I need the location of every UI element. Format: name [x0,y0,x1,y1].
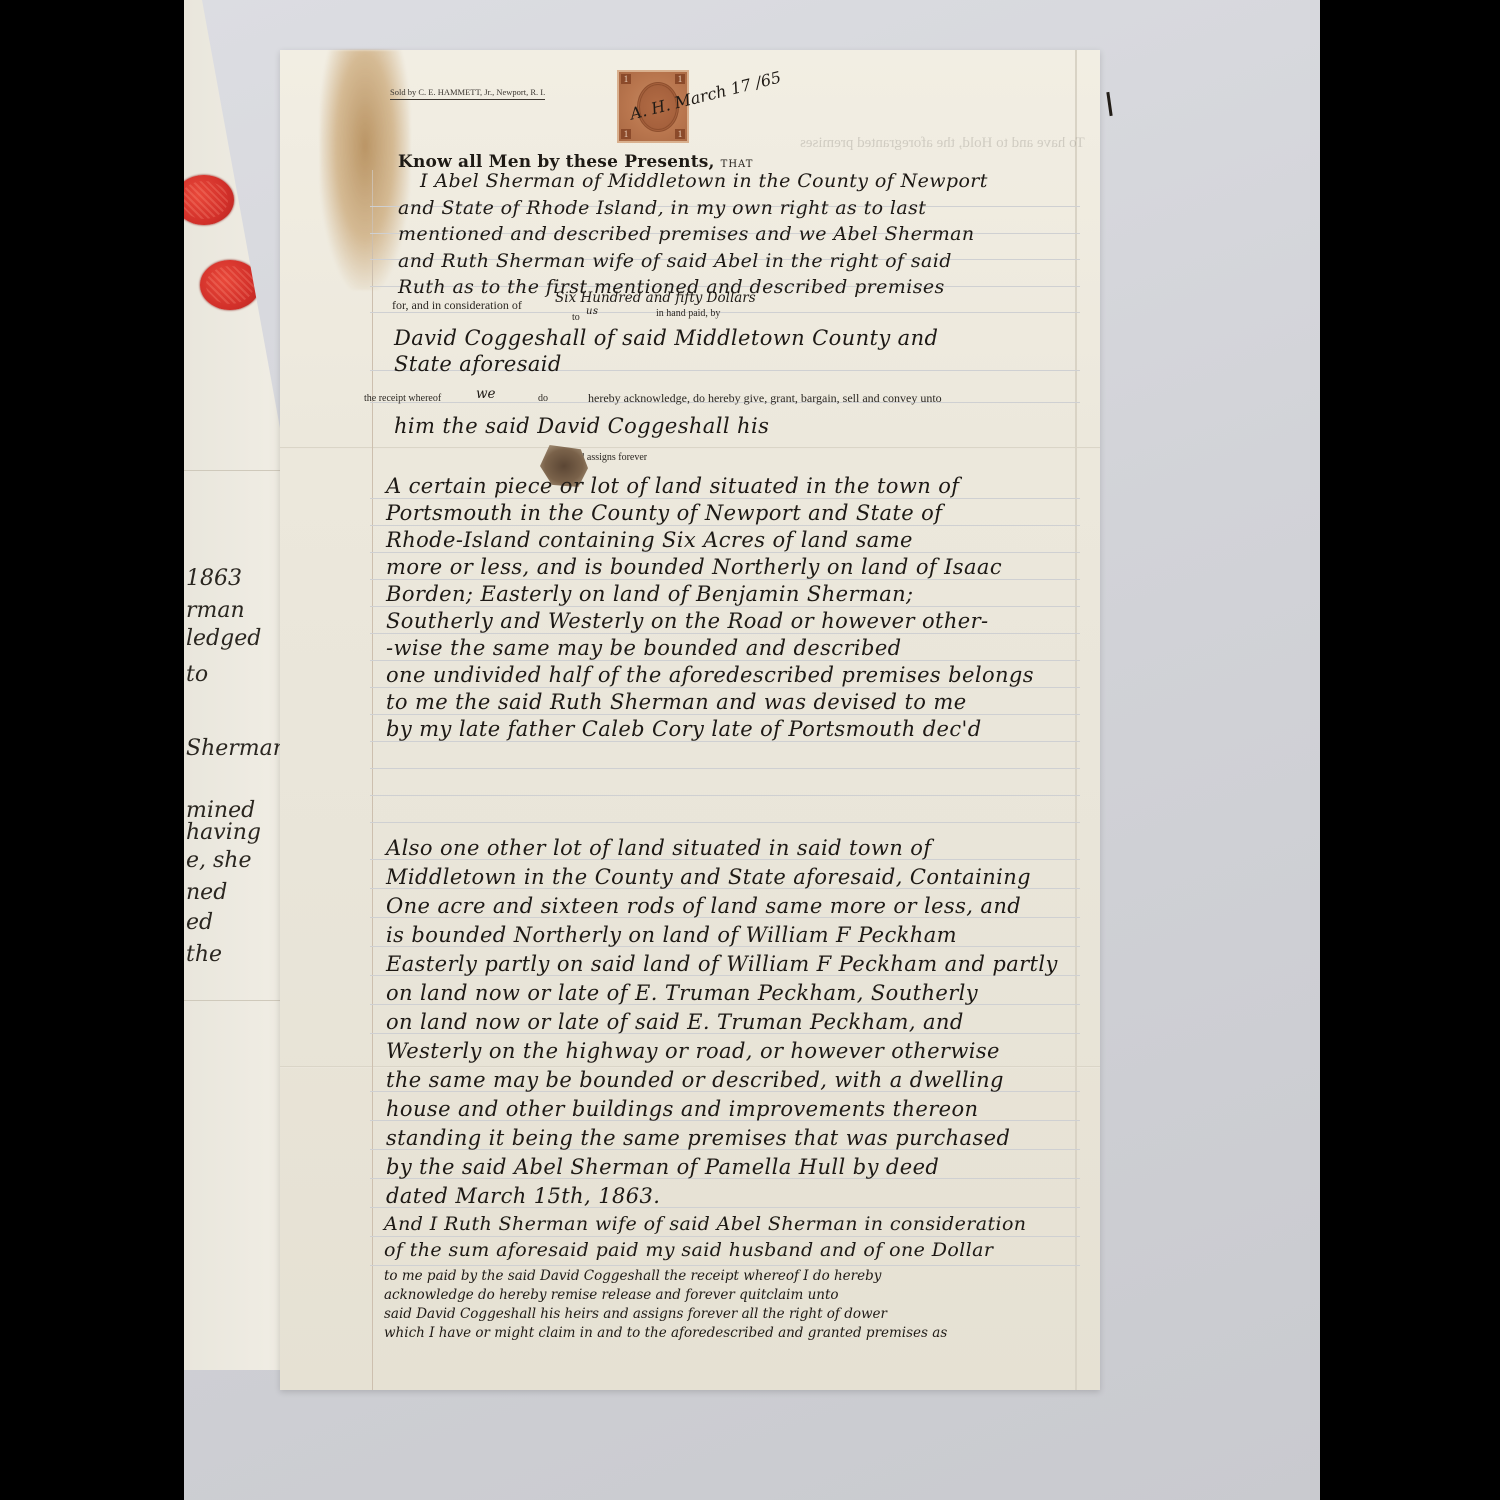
printed-to: to [572,312,580,323]
parcel-two-line: house and other buildings and improvemen… [386,1097,978,1121]
parcel-two-line: is bounded Northerly on land of William … [386,923,957,947]
bleed-through-text: To have and to Hold, the aforegranted pr… [800,135,1085,152]
ink-mark [1106,92,1112,116]
handwritten-we: we [476,386,496,402]
dower-release-line: And I Ruth Sherman wife of said Abel She… [384,1213,1026,1235]
dower-release-line: acknowledge do hereby remise release and… [384,1287,839,1303]
stamp-denomination: 1 [621,129,631,139]
parcel-two-line: Also one other lot of land situated in s… [386,836,932,860]
fold-crease [280,447,1100,449]
parcel-one-line: Portsmouth in the County of Newport and … [386,501,942,525]
left-page-word: rman [186,598,245,623]
parcel-one-line: more or less, and is bounded Northerly o… [386,555,1002,579]
heading-text: Know all Men by these Presents, [398,152,715,172]
left-page-word: 1863 [186,566,242,591]
parcel-one-line: Rhode-Island containing Six Acres of lan… [386,528,913,552]
parcel-one-line: one undivided half of the aforedescribed… [386,663,1034,687]
left-page-word: to [186,662,208,687]
deed-sheet: Sold by C. E. HAMMETT, Jr., Newport, R. … [280,50,1100,1390]
parcel-one-line: A certain piece or lot of land situated … [386,474,959,498]
letterbox-left [0,0,184,1500]
grantor-line: mentioned and described premises and we … [398,223,975,245]
handwritten-us: us [586,306,598,317]
parcel-two-line: Westerly on the highway or road, or howe… [386,1039,1000,1063]
printer-imprint: Sold by C. E. HAMMETT, Jr., Newport, R. … [390,87,545,100]
fold-crease [1075,50,1077,1390]
dower-release-line: to me paid by the said David Coggeshall … [384,1268,881,1284]
left-page-word: ned [186,880,227,905]
left-page-word: Sherman [186,736,287,761]
left-page-word: having [186,820,261,845]
printed-paid-by: in hand paid, by [656,308,720,319]
left-page-word: e, she [186,848,251,873]
parcel-two-line: Middletown in the County and State afore… [386,865,1031,889]
parcel-two-line: dated March 15th, 1863. [386,1184,660,1208]
letterbox-right [1320,0,1500,1500]
red-wax-seal-icon [200,260,260,310]
left-page-word: ledged [186,626,261,651]
parcel-one-line: -wise the same may be bounded and descri… [386,636,902,660]
parcel-two-line: the same may be bounded or described, wi… [386,1068,1004,1092]
grantor-line: and Ruth Sherman wife of said Abel in th… [398,250,952,272]
parcel-two-line: by the said Abel Sherman of Pamella Hull… [386,1155,939,1179]
stamp-denomination: 1 [621,74,631,84]
left-page-word: ed [186,910,213,935]
printed-consideration: for, and in consideration of [392,298,522,313]
stamp-denomination: 1 [675,74,685,84]
deed-photograph: 1863 rman ledged to Sherman mined having… [184,0,1320,1500]
dower-release-line: which I have or might claim in and to th… [384,1325,947,1341]
water-stain [320,50,410,290]
parcel-one-line: to me the said Ruth Sherman and was devi… [386,690,967,714]
grantor-line: and State of Rhode Island, in my own rig… [398,197,926,219]
parcel-two-line: on land now or late of E. Truman Peckham… [386,981,978,1005]
deed-heading: Know all Men by these Presents,THAT [398,152,753,172]
parcel-one-line: Borden; Easterly on land of Benjamin She… [386,582,914,606]
dower-release-line: said David Coggeshall his heirs and assi… [384,1306,887,1322]
parcel-two-line: on land now or late of said E. Truman Pe… [386,1010,964,1034]
parcel-one-line: Southerly and Westerly on the Road or ho… [386,609,989,633]
printed-grant-clause: hereby acknowledge, do hereby give, gran… [588,391,942,406]
dower-release-line: of the sum aforesaid paid my said husban… [384,1239,993,1261]
left-page-word: the [186,942,222,967]
printed-receipt: the receipt whereof [364,393,441,404]
stamp-denomination: 1 [675,129,685,139]
heading-suffix: THAT [721,159,754,170]
parcel-two-line: One acre and sixteen rods of land same m… [386,894,1021,918]
grantee-line: him the said David Coggeshall his [394,414,769,438]
parcel-two-line: standing it being the same premises that… [386,1126,1010,1150]
parcel-one-line: by my late father Caleb Cory late of Por… [386,717,982,741]
red-wax-seal-icon [184,175,234,225]
grantor-line: I Abel Sherman of Middletown in the Coun… [420,170,988,192]
grantee-line: David Coggeshall of said Middletown Coun… [394,326,938,350]
grantee-line: State aforesaid [394,352,562,376]
consideration-amount: Six Hundred and fifty Dollars [555,290,756,306]
printed-do: do [538,393,548,404]
parcel-two-line: Easterly partly on said land of William … [386,952,1058,976]
